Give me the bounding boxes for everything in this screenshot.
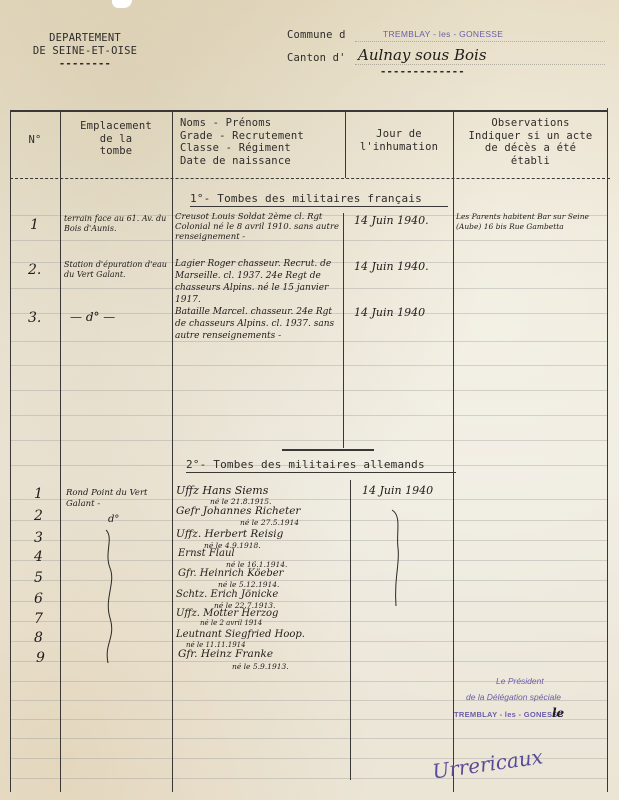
department-block: DEPARTEMENT DE SEINE-ET-OISE --------: [20, 32, 150, 71]
row-number: 1: [34, 486, 43, 502]
row-born: né le 5.9.1913.: [232, 662, 289, 671]
row-name: Leutnant Siegfried Hoop.: [176, 629, 305, 640]
row-jour: 14 Juin 1940: [354, 306, 425, 319]
column-header-jour: Jour de l'inhumation: [345, 128, 453, 153]
row-number: 8: [34, 630, 43, 646]
row-born: né le 2 avril 1914: [200, 619, 262, 627]
column-header-observations: Observations Indiquer si un acte de décè…: [453, 117, 608, 167]
section2-separator: [282, 449, 374, 451]
row-name: Gfr. Heinz Franke: [178, 648, 273, 660]
column-header-noms: Noms - Prénoms Grade - Recrutement Class…: [180, 117, 345, 167]
row-emplacement: Station d'épuration d'eau du Vert Galant…: [64, 260, 170, 280]
stamp-commune: TREMBLAY - les - GONESSE: [454, 710, 563, 719]
row-number: 2: [34, 508, 43, 524]
canton-dotted-line: [355, 64, 605, 65]
row-number: 9: [36, 650, 45, 666]
row-observations: Les Parents habitent Bar sur Seine (Aube…: [456, 212, 608, 232]
jour-ditto-bracket-icon: [388, 508, 408, 608]
row-name: Uffz. Herbert Reisig: [176, 528, 283, 540]
german-jour: 14 Juin 1940: [362, 484, 433, 497]
stamp-delegation: de la Délégation spéciale: [466, 692, 561, 702]
row-name: Schtz. Erich Jönicke: [176, 589, 278, 600]
section2-title: 2°- Tombes des militaires allemands: [186, 458, 456, 473]
row-emplacement: — d° —: [70, 310, 115, 324]
row-jour: 14 Juin 1940.: [354, 260, 429, 273]
paper-tear: [112, 0, 132, 8]
department-line1: DEPARTEMENT: [20, 32, 150, 45]
row-name: Gfr. Heinrich Köeber: [178, 568, 283, 579]
row-number: 3: [34, 530, 43, 546]
row-number: 2.: [28, 262, 41, 278]
row-number: 1: [30, 217, 39, 233]
german-emplacement-ditto: d°: [108, 514, 119, 525]
row-jour: 14 Juin 1940.: [354, 214, 429, 227]
row-number: 7: [34, 611, 43, 627]
row-born: né le 27.5.1914: [240, 518, 299, 527]
row-noms: Bataille Marcel. chasseur. 24e Rgt de ch…: [175, 306, 343, 342]
commune-label: Commune d: [287, 29, 346, 41]
canton-label: Canton d': [287, 52, 346, 64]
stamp-president: Le Président: [496, 676, 544, 686]
row-name: Uffz Hans Siems: [176, 484, 268, 497]
row-name: Ernst Flaul: [178, 548, 235, 559]
row-noms: Creusot Louis Soldat 2ème cl. Rgt Coloni…: [175, 212, 343, 242]
row-number: 6: [34, 591, 43, 607]
commune-stamp: TREMBLAY - les - GONESSE: [383, 29, 503, 39]
column-header-emplacement: Emplacement de la tombe: [60, 120, 172, 158]
row-emplacement: terrain face au 61. Av. du Bois d'Aunis.: [64, 214, 170, 234]
german-emplacement: Rond Point du Vert Galant -: [66, 488, 170, 510]
row-born: né le 5.12.1914.: [218, 580, 279, 589]
canton-rule: -------------: [380, 66, 465, 78]
ditto-bracket-icon: [100, 528, 120, 668]
row-name: Gefr Johannes Richeter: [176, 505, 300, 517]
stamp-suffix: le: [552, 706, 564, 720]
column-header-no: N°: [10, 134, 60, 147]
row-name: Uffz. Motter Herzog: [176, 608, 278, 619]
row-noms: Lagier Roger chasseur. Recrut. de Marsei…: [175, 258, 343, 306]
row-number: 4: [34, 549, 43, 565]
commune-dotted-line: [355, 41, 605, 42]
section1-title: 1°- Tombes des militaires français: [190, 192, 448, 207]
canton-value: Aulnay sous Bois: [358, 46, 487, 64]
department-rule: --------: [20, 58, 150, 71]
department-line2: DE SEINE-ET-OISE: [20, 45, 150, 58]
row-number: 5: [34, 570, 43, 586]
row-number: 3.: [28, 310, 41, 326]
